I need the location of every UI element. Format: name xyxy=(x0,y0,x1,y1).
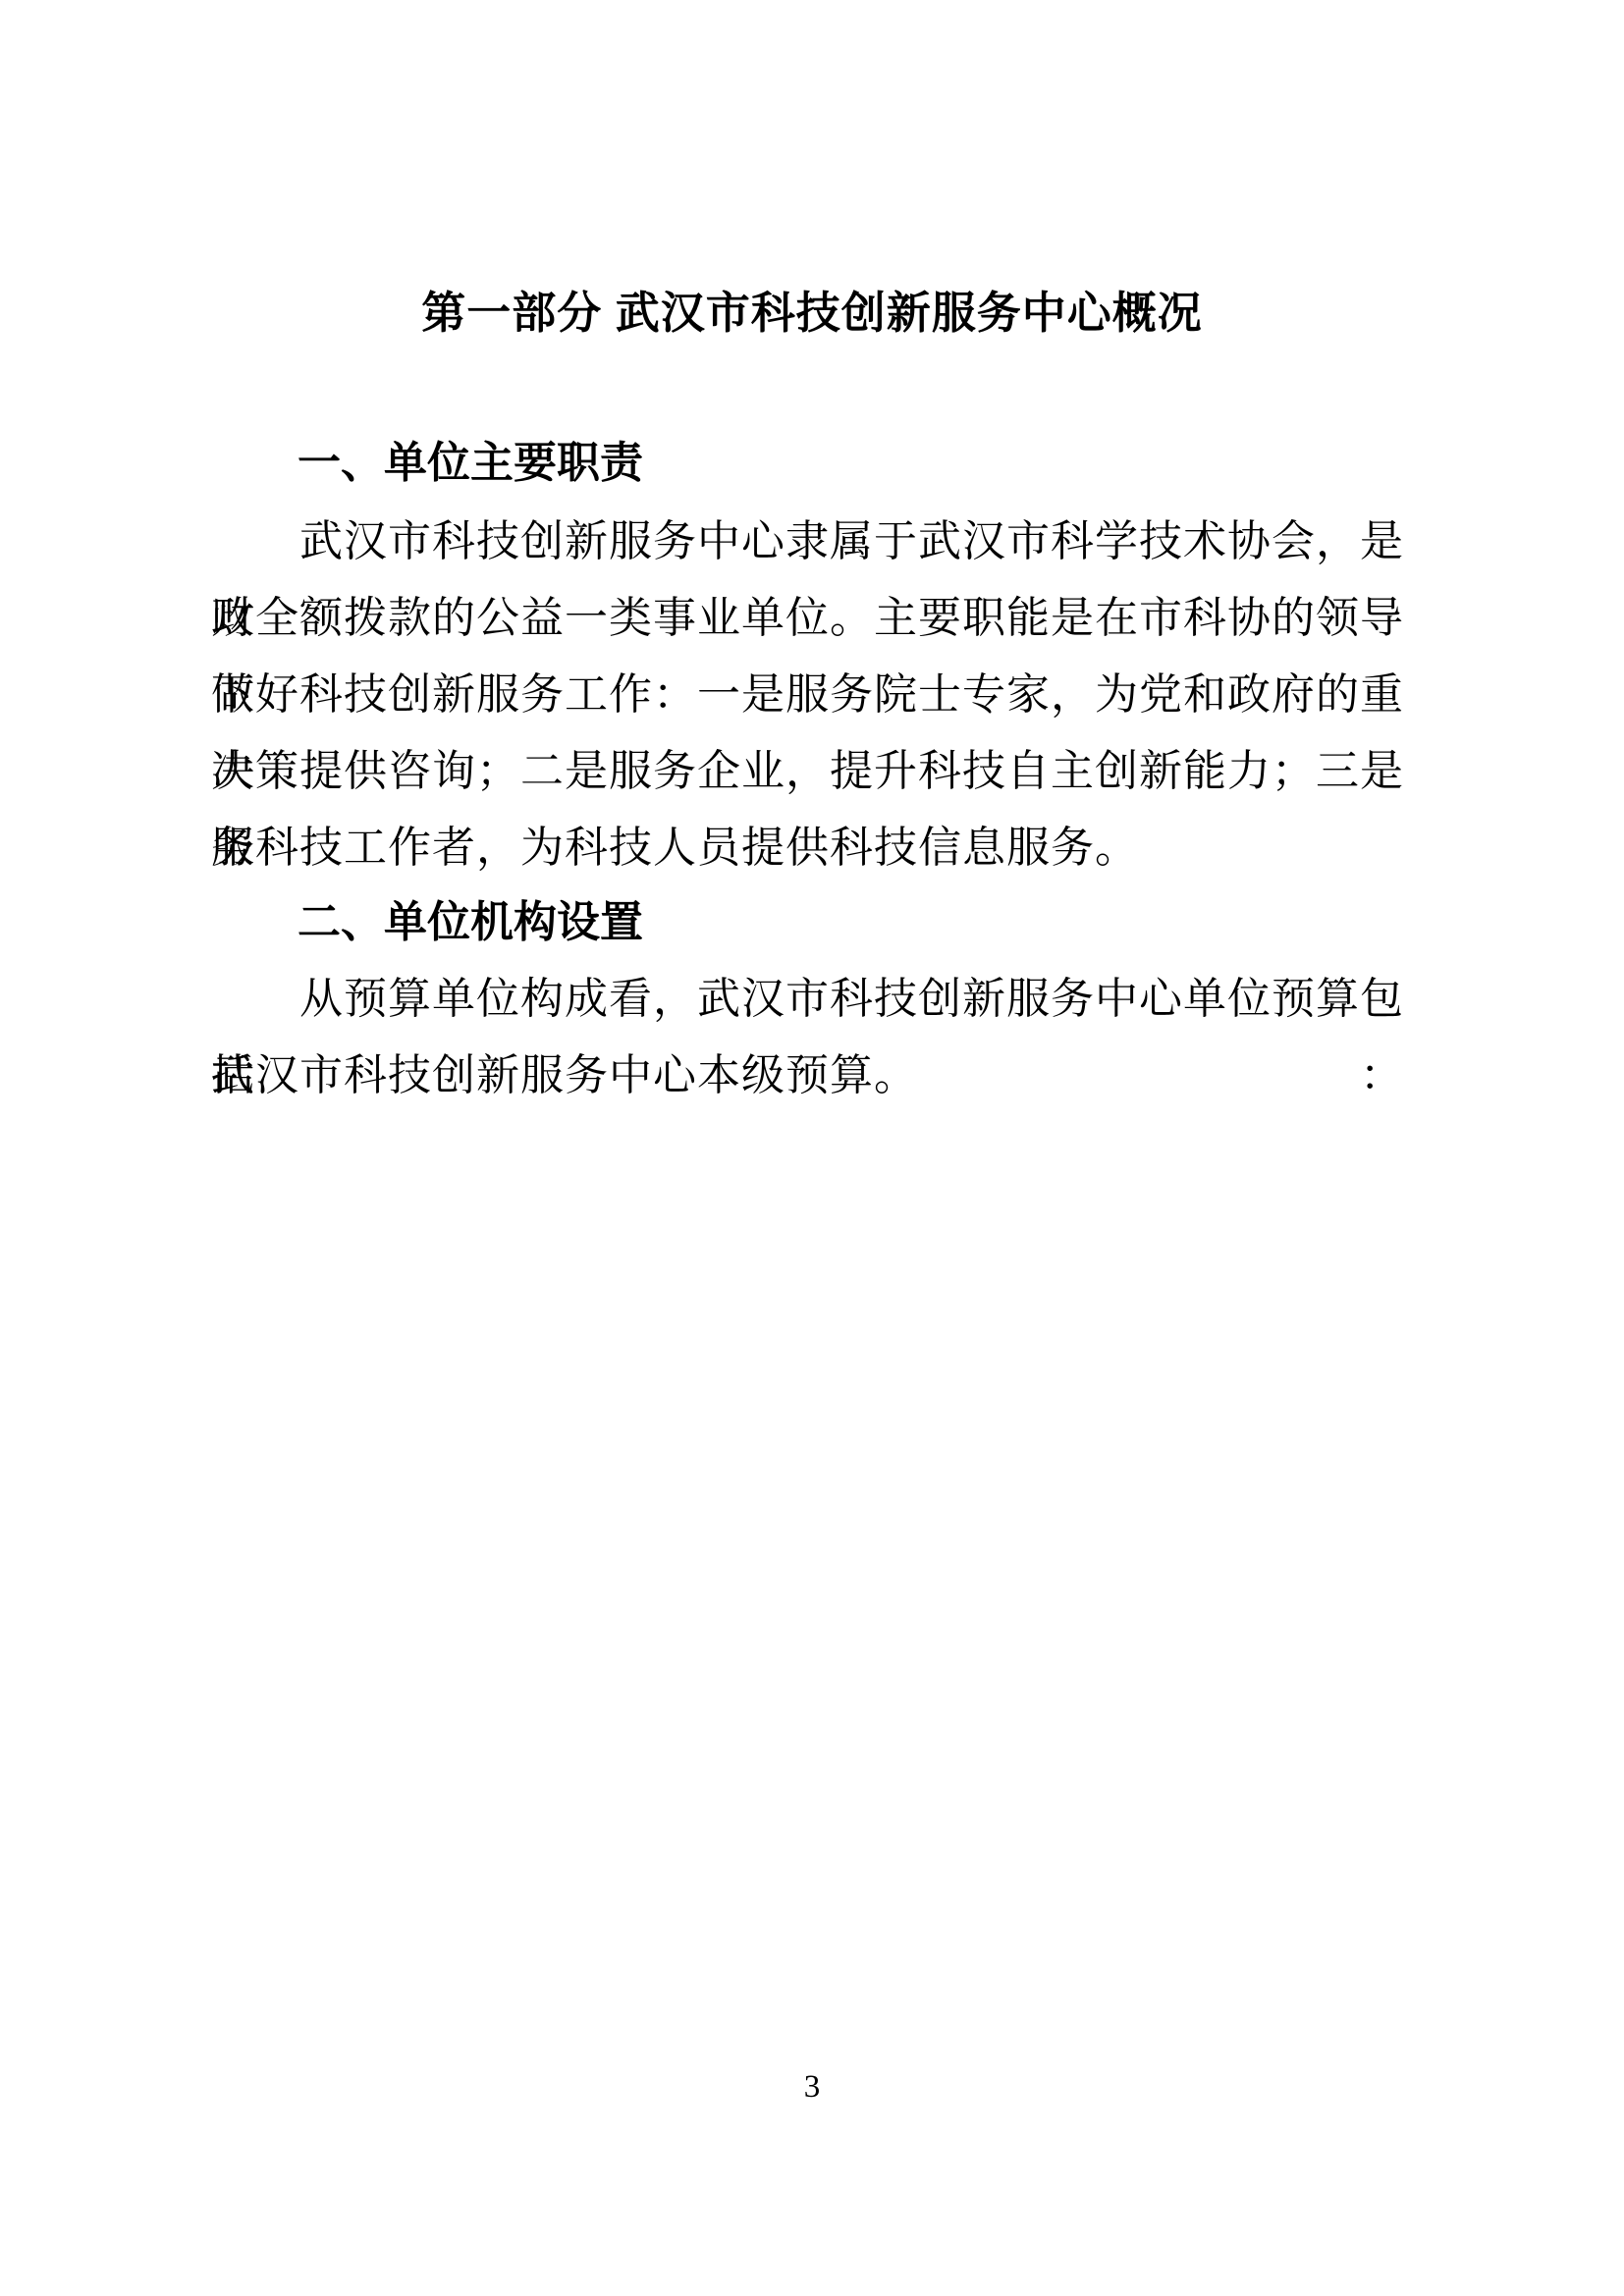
text-line: 做好科技创新服务工作：一是服务院士专家，为党和政府的重大 xyxy=(211,657,1404,733)
text-line: 政全额拨款的公益一类事业单位。主要职能是在市科协的领导下 xyxy=(211,580,1404,657)
text-line: 从预算单位构成看，武汉市科技创新服务中心单位预算包括： xyxy=(211,961,1404,1038)
section-1-paragraph: 武汉市科技创新服务中心隶属于武汉市科学技术协会，是财 政全额拨款的公益一类事业单… xyxy=(211,504,1404,886)
text-line: 务科技工作者，为科技人员提供科技信息服务。 xyxy=(211,810,1404,886)
section-1-heading: 一、单位主要职责 xyxy=(211,425,1404,502)
text-line: 决策提供咨询；二是服务企业，提升科技自主创新能力；三是服 xyxy=(211,733,1404,810)
section-2-heading: 二、单位机构设置 xyxy=(211,884,1404,961)
section-2-paragraph: 从预算单位构成看，武汉市科技创新服务中心单位预算包括： 武汉市科技创新服务中心本… xyxy=(211,961,1404,1114)
document-title: 第一部分 武汉市科技创新服务中心概况 xyxy=(0,283,1624,344)
document-page: 第一部分 武汉市科技创新服务中心概况 一、单位主要职责 武汉市科技创新服务中心隶… xyxy=(0,0,1624,2296)
text-line: 武汉市科技创新服务中心隶属于武汉市科学技术协会，是财 xyxy=(211,504,1404,580)
page-number: 3 xyxy=(0,2065,1624,2109)
